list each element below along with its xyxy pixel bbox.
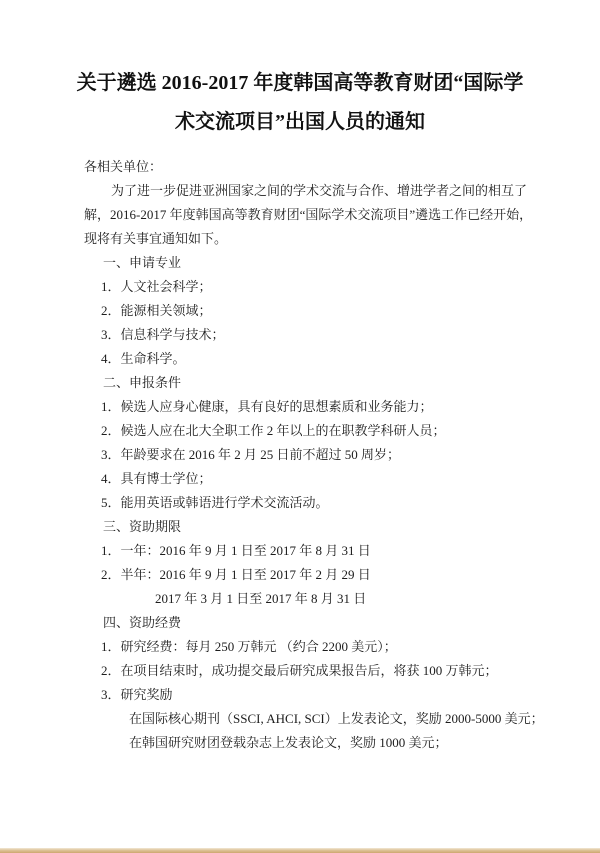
page-bottom-edge	[0, 848, 600, 853]
intro-line: 现将有关事宜通知如下。	[84, 227, 600, 251]
list-item: 2．半年：2016 年 9 月 1 日至 2017 年 2 月 29 日	[101, 563, 600, 587]
section-heading-3: 三、资助期限	[103, 515, 600, 539]
list-item: 1．候选人应身心健康，具有良好的思想素质和业务能力；	[101, 395, 600, 419]
award-detail-line: 在韩国研究财团登载杂志上发表论文，奖励 1000 美元；	[129, 731, 600, 755]
list-item: 2．候选人应在北大全职工作 2 年以上的在职教学科研人员；	[101, 419, 600, 443]
document-title: 关于遴选 2016-2017 年度韩国高等教育财团“国际学 术交流项目”出国人员…	[0, 64, 600, 142]
section-heading-4: 四、资助经费	[103, 611, 600, 635]
list-item: 1．一年：2016 年 9 月 1 日至 2017 年 8 月 31 日	[101, 539, 600, 563]
list-item: 2．能源相关领域；	[101, 299, 600, 323]
list-item: 3．年龄要求在 2016 年 2 月 25 日前不超过 50 周岁；	[101, 443, 600, 467]
list-item: 3．研究奖励	[101, 683, 600, 707]
title-line-1: 关于遴选 2016-2017 年度韩国高等教育财团“国际学	[0, 64, 600, 103]
list-item: 4．生命科学。	[101, 347, 600, 371]
list-item: 5．能用英语或韩语进行学术交流活动。	[101, 491, 600, 515]
list-item: 4．具有博士学位；	[101, 467, 600, 491]
list-item: 1．人文社会科学；	[101, 275, 600, 299]
document-body: 各相关单位： 为了进一步促进亚洲国家之间的学术交流与合作、增进学者之间的相互了 …	[0, 155, 600, 755]
intro-line: 解，2016-2017 年度韩国高等教育财团“国际学术交流项目”遴选工作已经开始…	[84, 203, 600, 227]
list-item: 2．在项目结束时，成功提交最后研究成果报告后，将获 100 万韩元；	[101, 659, 600, 683]
salutation: 各相关单位：	[84, 155, 600, 179]
list-item: 3．信息科学与技术；	[101, 323, 600, 347]
section-heading-2: 二、申报条件	[103, 371, 600, 395]
continuation-line: 2017 年 3 月 1 日至 2017 年 8 月 31 日	[155, 587, 600, 611]
document-page: 关于遴选 2016-2017 年度韩国高等教育财团“国际学 术交流项目”出国人员…	[0, 0, 600, 853]
intro-line: 为了进一步促进亚洲国家之间的学术交流与合作、增进学者之间的相互了	[84, 179, 600, 203]
award-detail-line: 在国际核心期刊（SSCI, AHCI, SCI）上发表论文，奖励 2000-50…	[129, 707, 600, 731]
list-item: 1．研究经费：每月 250 万韩元 （约合 2200 美元）；	[101, 635, 600, 659]
title-line-2: 术交流项目”出国人员的通知	[0, 103, 600, 142]
section-heading-1: 一、申请专业	[103, 251, 600, 275]
